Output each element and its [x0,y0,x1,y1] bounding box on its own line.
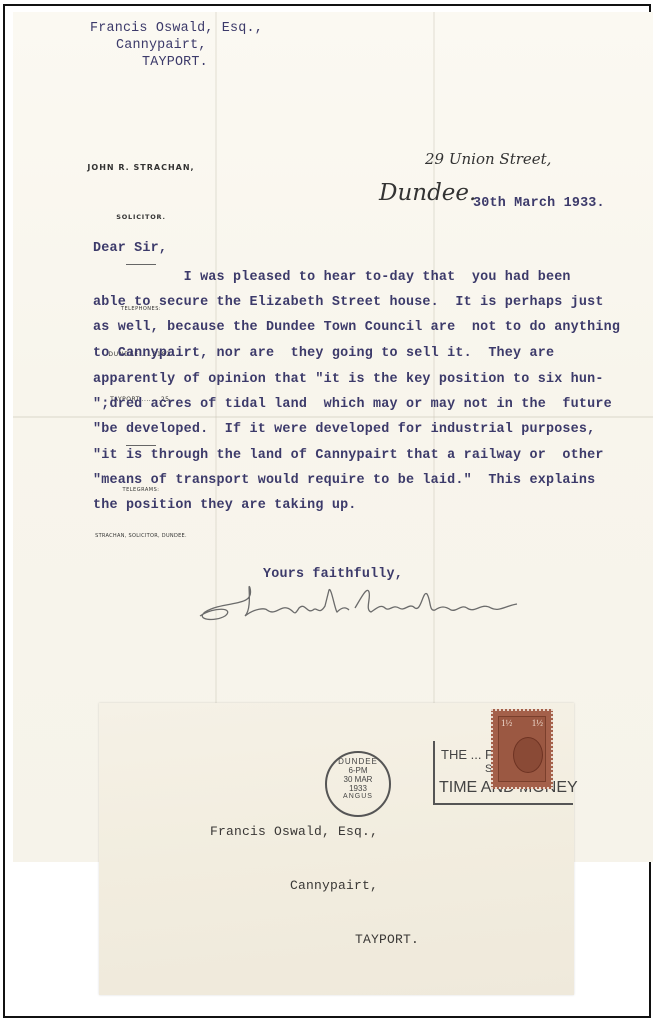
stamp-value: 1½ [501,718,512,728]
body-line: apparently of opinion that "it is the ke… [93,372,604,387]
letter-date: 30th March 1933. [473,196,605,211]
postmark-year: 1933 [327,784,389,793]
signature-icon [195,578,535,628]
body-line: able to secure the Elizabeth Street hous… [93,295,604,310]
telegrams-address: STRACHAN, SOLICITOR, DUNDEE. [71,533,211,539]
stamp-value: 1½ [532,718,543,728]
body-line: to Cannypairt, nor are they going to sel… [93,346,554,361]
image-frame: Francis Oswald, Esq., Cannypairt, TAYPOR… [3,4,651,1018]
sender-street: 29 Union Street, [425,150,551,168]
postmark-date: 30 MAR [327,775,389,784]
envelope-recipient-name: Francis Oswald, Esq., [210,824,378,839]
divider [126,264,156,265]
salutation: Dear Sir, [93,241,167,256]
divider [126,445,156,446]
signature: John R. Strachan [195,578,535,628]
body-line: "it is through the land of Cannypairt th… [93,448,604,463]
recipient-street: Cannypairt, [116,38,207,53]
postmark-county: ANGUS [327,793,389,800]
postmark-time: 6-PM [327,766,389,775]
body-line: "means of transport would require to be … [93,473,595,488]
body-line: the position they are taking up. [93,498,357,513]
body-line: "be developed. If it were developed for … [93,422,595,437]
envelope-recipient-street: Cannypairt, [290,878,378,893]
postmark: DUNDEE 6-PM 30 MAR 1933 ANGUS [325,751,391,817]
body-line: ";dred acres of tidal land which may or … [93,397,612,412]
recipient-town: TAYPORT. [142,55,208,70]
recipient-name: Francis Oswald, Esq., [90,21,263,36]
letterhead-name: JOHN R. STRACHAN, [71,163,211,172]
body-line: as well, because the Dundee Town Council… [93,320,620,335]
envelope-recipient-town: TAYPORT. [355,932,419,947]
letterhead-title: SOLICITOR. [71,213,211,221]
sender-city: Dundee. [379,180,476,206]
postage-stamp: 1½ 1½ [491,709,553,789]
postmark-town: DUNDEE [327,757,389,766]
body-line: I was pleased to hear to-day that you ha… [93,270,571,285]
king-portrait-icon [513,737,543,773]
